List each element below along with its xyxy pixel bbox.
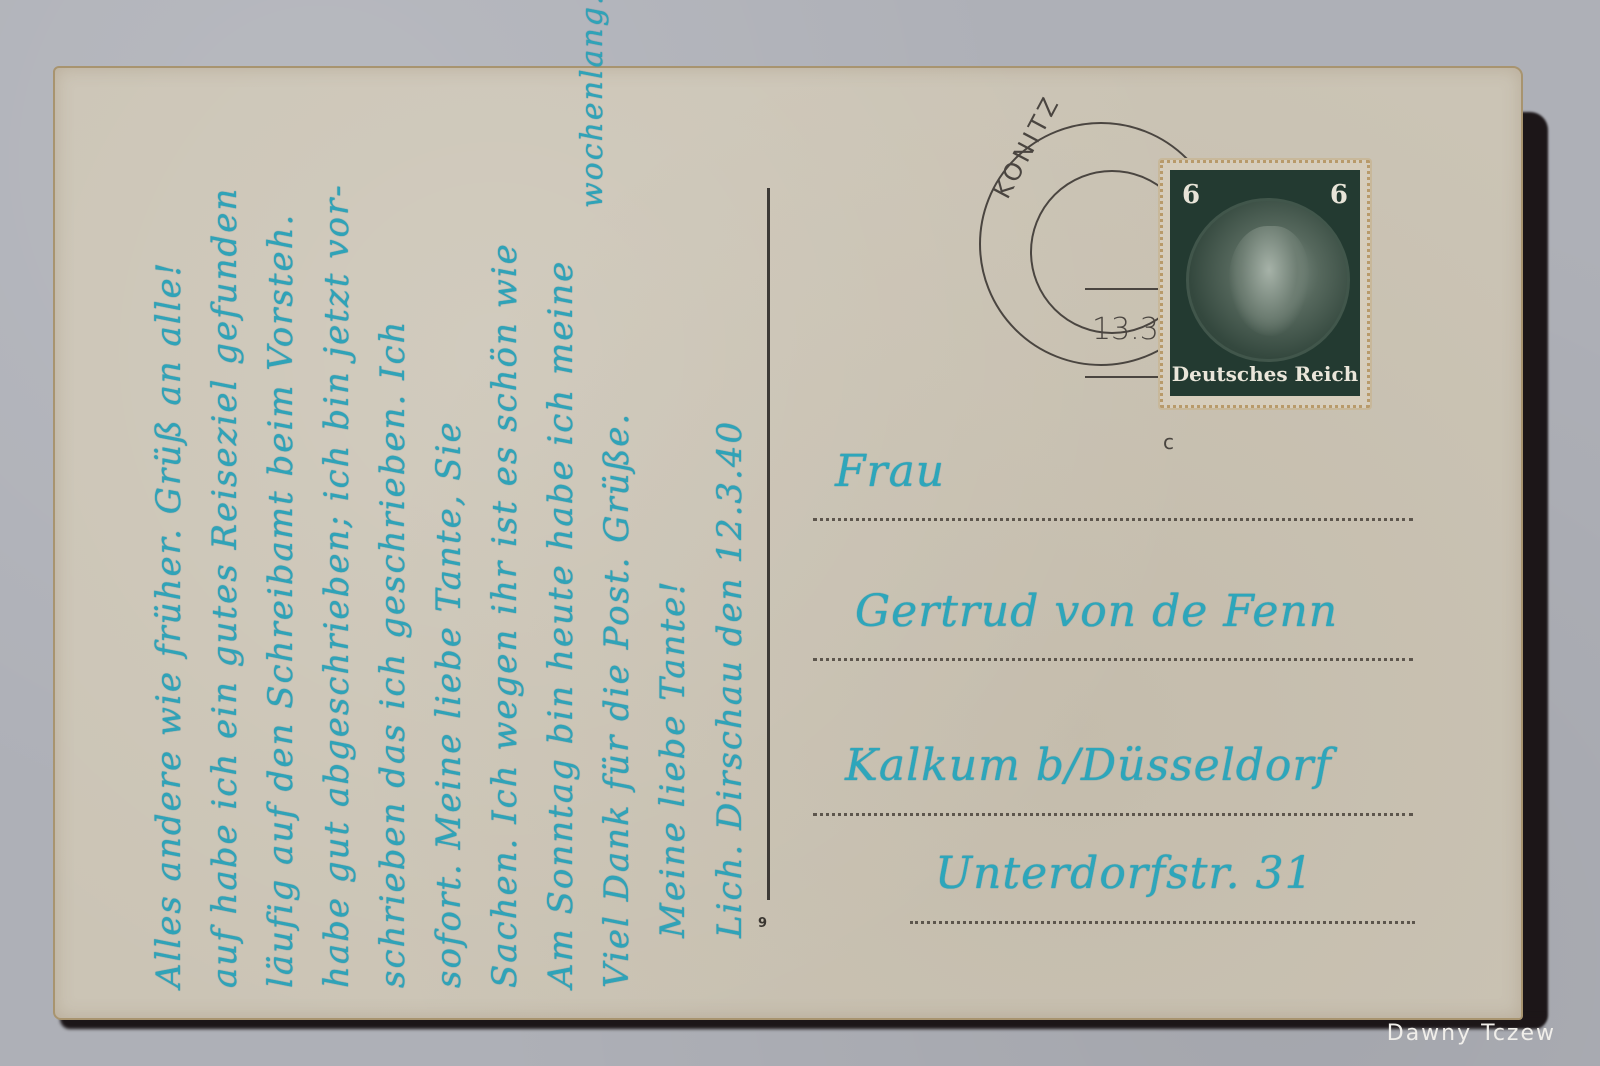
stamp-country: Deutsches Reich [1170,362,1360,386]
address-line-1 [813,518,1413,521]
address-line-3 [813,813,1413,816]
handwritten-message: Lich. Dirschau den 12.3.40 Meine liebe T… [75,108,775,1018]
address-name: Gertrud von de Fenn [855,586,1338,637]
address-line-2 [813,658,1413,661]
message-line: Sachen. Ich wegen ihr ist es schön wie [485,242,525,988]
stamp-value-right: 6 [1330,180,1348,210]
message-line: schrieben das ich geschrieben. Ich [373,320,413,988]
message-line: Lich. Dirschau den 12.3.40 [710,420,750,938]
address-salutation: Frau [835,446,945,497]
message-line: wochenlang. [575,0,610,208]
stamp-value-left: 6 [1182,180,1200,210]
message-line: Viel Dank für die Post. Grüße. [597,412,637,988]
message-line: läufig auf den Schreibamt beim Vorsteh. [261,213,301,988]
portrait-medallion-icon [1186,198,1350,362]
page-number: 9 [758,916,767,931]
watermark: Dawny Tczew [1387,1021,1556,1046]
message-line: Meine liebe Tante! [653,579,693,938]
center-divider [767,188,770,900]
portrait-head-icon [1229,226,1309,336]
message-line: Alles andere wie früher. Grüß an alle! [149,261,189,988]
address-city: Kalkum b/Düsseldorf [845,740,1332,791]
message-line: Am Sonntag bin heute habe ich meine [541,260,581,988]
address-street: Unterdorfstr. 31 [935,848,1314,899]
message-line: sofort. Meine liebe Tante, Sie [429,420,469,988]
message-line: habe gut abgeschrieben; ich bin jetzt vo… [317,183,357,988]
postmark-letter: c [1163,430,1174,454]
address-line-4 [910,921,1415,924]
postage-stamp: 6 6 Deutsches Reich [1160,160,1370,408]
message-line: auf habe ich ein gutes Reiseziel gefunde… [205,187,245,988]
stamp-face: 6 6 Deutsches Reich [1170,170,1360,396]
